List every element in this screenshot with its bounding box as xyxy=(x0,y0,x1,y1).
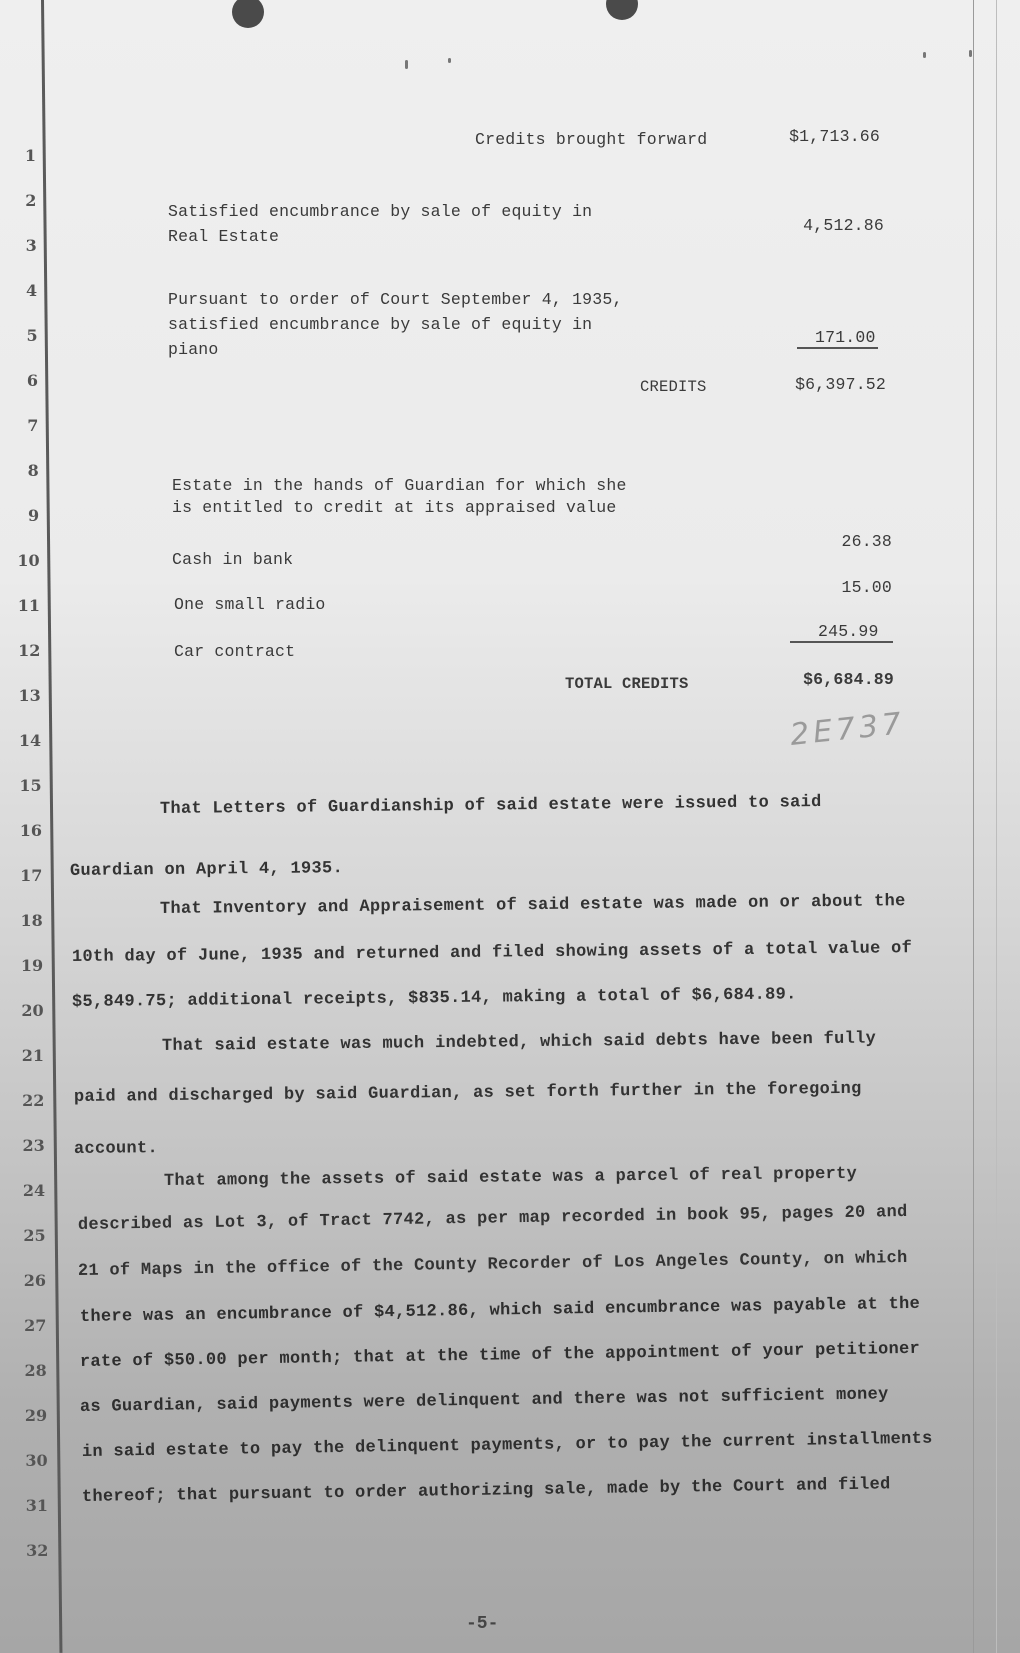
total-credits-amount: $6,684.89 xyxy=(764,670,894,689)
line-number: 8 xyxy=(9,461,39,480)
line-number: 13 xyxy=(11,686,41,705)
left-margin-rule xyxy=(41,0,62,1653)
line-number: 32 xyxy=(18,1541,48,1560)
line-number: 24 xyxy=(15,1181,45,1200)
estate-item-radio: One small radio xyxy=(174,595,326,614)
brought-forward-label: Credits brought forward xyxy=(475,130,707,149)
page-edge xyxy=(996,0,997,1653)
body-line: as Guardian, said payments were delinque… xyxy=(80,1385,889,1417)
entry-2-amount-text: 171.00 xyxy=(797,328,878,349)
line-number: 22 xyxy=(14,1091,44,1110)
body-line: paid and discharged by said Guardian, as… xyxy=(74,1080,862,1107)
body-line: 21 of Maps in the office of the County R… xyxy=(78,1249,908,1281)
body-line: rate of $50.00 per month; that at the ti… xyxy=(80,1340,920,1372)
entry-1-line-2: Real Estate xyxy=(168,227,279,246)
line-number: 7 xyxy=(8,416,38,435)
line-number: 4 xyxy=(7,281,37,300)
entry-2-amount: 171.00 xyxy=(797,328,878,347)
line-number: 3 xyxy=(7,236,37,255)
estate-item-cash-amount: 26.38 xyxy=(762,532,892,551)
entry-1-amount: 4,512.86 xyxy=(754,216,884,235)
body-line: described as Lot 3, of Tract 7742, as pe… xyxy=(78,1203,908,1235)
line-number: 30 xyxy=(18,1451,48,1470)
body-line: 10th day of June, 1935 and returned and … xyxy=(72,939,912,967)
line-number: 6 xyxy=(8,371,38,390)
entry-2-line-1: Pursuant to order of Court September 4, … xyxy=(168,290,623,309)
estate-heading-line-1: Estate in the hands of Guardian for whic… xyxy=(172,476,627,495)
line-number: 25 xyxy=(16,1226,46,1245)
estate-heading-line-2: is entitled to credit at its appraised v… xyxy=(172,498,616,517)
body-line: Guardian on April 4, 1935. xyxy=(70,859,343,881)
line-number: 9 xyxy=(9,506,39,525)
line-number: 29 xyxy=(17,1406,47,1425)
page-number: -5- xyxy=(466,1614,498,1634)
total-credits-label: TOTAL CREDITS xyxy=(565,675,689,693)
body-line: That Inventory and Appraisement of said … xyxy=(160,892,906,919)
line-number: 16 xyxy=(12,821,42,840)
line-number: 5 xyxy=(8,326,38,345)
line-number: 10 xyxy=(10,551,40,570)
line-number: 26 xyxy=(16,1271,46,1290)
line-number: 11 xyxy=(10,596,40,615)
mark xyxy=(405,60,408,69)
credits-amount: $6,397.52 xyxy=(756,375,886,394)
estate-item-car-amount-text: 245.99 xyxy=(790,622,893,643)
line-number: 17 xyxy=(12,866,42,885)
estate-item-radio-amount: 15.00 xyxy=(762,578,892,597)
line-number: 12 xyxy=(10,641,40,660)
body-line: there was an encumbrance of $4,512.86, w… xyxy=(80,1295,920,1327)
line-number: 18 xyxy=(13,911,43,930)
right-margin-rule xyxy=(973,0,974,1653)
punch-hole-right xyxy=(606,0,638,20)
body-line: account. xyxy=(74,1139,158,1159)
entry-2-line-3: piano xyxy=(168,340,219,359)
line-number: 1 xyxy=(6,146,36,165)
estate-item-car: Car contract xyxy=(174,642,295,661)
credits-label: CREDITS xyxy=(640,378,707,396)
handwritten-note: 2E737 xyxy=(788,706,906,753)
punch-hole-left xyxy=(232,0,264,28)
line-number: 27 xyxy=(16,1316,46,1335)
line-number: 19 xyxy=(13,956,43,975)
body-line: That Letters of Guardianship of said est… xyxy=(160,793,822,819)
body-line: thereof; that pursuant to order authoriz… xyxy=(82,1475,891,1507)
body-line: That said estate was much indebted, whic… xyxy=(162,1030,876,1056)
line-number: 14 xyxy=(11,731,41,750)
mark xyxy=(923,52,926,58)
line-number: 28 xyxy=(17,1361,47,1380)
estate-item-cash: Cash in bank xyxy=(172,550,293,569)
line-number: 20 xyxy=(14,1001,44,1020)
brought-forward-amount: $1,713.66 xyxy=(750,127,880,146)
line-number: 15 xyxy=(12,776,42,795)
line-number: 21 xyxy=(14,1046,44,1065)
entry-1-line-1: Satisfied encumbrance by sale of equity … xyxy=(168,202,592,221)
estate-item-car-amount: 245.99 xyxy=(790,622,893,641)
line-number: 23 xyxy=(15,1136,45,1155)
mark xyxy=(448,58,451,63)
line-number: 2 xyxy=(6,191,36,210)
mark xyxy=(969,50,972,57)
body-line: in said estate to pay the delinquent pay… xyxy=(82,1430,933,1462)
entry-2-line-2: satisfied encumbrance by sale of equity … xyxy=(168,315,592,334)
line-number: 31 xyxy=(18,1496,48,1515)
body-line: $5,849.75; additional receipts, $835.14,… xyxy=(72,985,797,1012)
body-line: That among the assets of said estate was… xyxy=(164,1165,857,1191)
